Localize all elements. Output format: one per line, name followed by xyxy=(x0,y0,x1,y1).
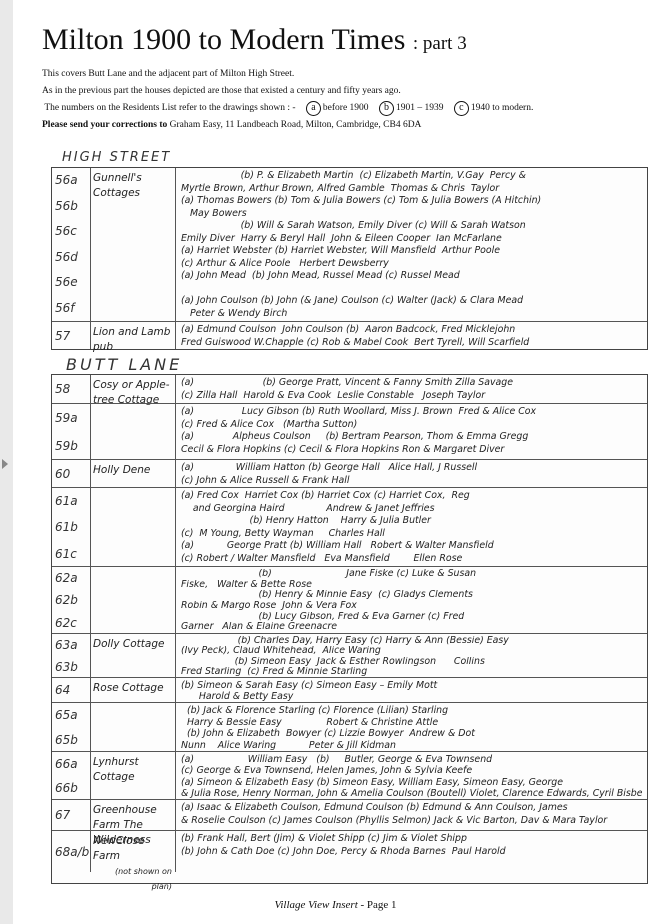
resident-line: (b) Simeon Easy Jack & Esther Rowlingson… xyxy=(181,657,642,667)
resident-line: Harold & Betty Easy xyxy=(181,691,642,702)
house-number: 56d xyxy=(52,245,90,271)
resident-line: (Ivy Peck), Claud Whitehead, Alice Warin… xyxy=(181,646,642,656)
house-number: 61c xyxy=(52,541,90,567)
resident-line: Emily Diver Harry & Beryl Hall John & Ei… xyxy=(181,233,642,246)
residents-row: 65a65b (b) Jack & Florence Starling (c) … xyxy=(52,702,647,751)
resident-line: & Roselie Coulson (c) James Coulson (Phy… xyxy=(181,815,642,828)
viewer-side-strip xyxy=(0,0,13,924)
house-name-cell: Greenhouse Farm The Wilderness xyxy=(90,800,176,830)
resident-line: (c) John & Alice Russell & Frank Hall xyxy=(181,475,642,488)
high-street-heading: HIGH STREET xyxy=(62,150,171,165)
resident-line: (a) Lucy Gibson (b) Ruth Woollard, Miss … xyxy=(181,406,642,419)
residents-row: 64Rose Cottage(b) Simeon & Sarah Easy (c… xyxy=(52,677,647,702)
house-name-cell: Holly Dene xyxy=(90,460,176,487)
residents-cell: (a) Edmund Coulson John Coulson (b) Aaro… xyxy=(176,322,647,349)
residents-row: 68a/bNewClose Farm(not shown on plan)(b)… xyxy=(52,830,647,872)
footer-title: Village View Insert xyxy=(274,899,357,911)
residents-cell: (a) Fred Cox Harriet Cox (b) Harriet Cox… xyxy=(176,488,647,566)
residents-cell: (b) Charles Day, Harry Easy (c) Harry & … xyxy=(176,634,647,677)
residents-cell: (b) P. & Elizabeth Martin (c) Elizabeth … xyxy=(176,168,647,321)
house-number: 56c xyxy=(52,219,90,245)
resident-line: Peter & Wendy Birch xyxy=(181,308,642,321)
resident-line: (c) Zilla Hall Harold & Eva Cook Leslie … xyxy=(181,390,642,403)
house-number: 61b xyxy=(52,514,90,540)
resident-line: (a) Edmund Coulson John Coulson (b) Aaro… xyxy=(181,324,642,337)
house-name-cell: Lion and Lamb pub xyxy=(90,322,176,349)
residents-row: 60Holly Dene(a) William Hatton (b) Georg… xyxy=(52,459,647,487)
house-number: 59a xyxy=(52,404,90,432)
residents-cell: (a) (b) George Pratt, Vincent & Fanny Sm… xyxy=(176,375,647,403)
house-number-cell: 57 xyxy=(52,322,91,349)
resident-line: (c) Arthur & Alice Poole Herbert Dewsber… xyxy=(181,258,642,271)
house-number: 58 xyxy=(52,375,90,403)
resident-line: and Georgina Haird Andrew & Janet Jeffri… xyxy=(181,503,642,516)
resident-line: Robin & Margo Rose John & Vera Fox xyxy=(181,601,642,612)
legend-mark-c: c xyxy=(454,101,469,116)
resident-line: May Bowers xyxy=(181,208,642,221)
resident-line: Myrtle Brown, Arthur Brown, Alfred Gambl… xyxy=(181,183,642,196)
residents-cell: (a) Isaac & Elizabeth Coulson, Edmund Co… xyxy=(176,800,647,830)
resident-line: (b) Jane Fiske (c) Luke & Susan xyxy=(181,569,642,580)
legend-mark-a: a xyxy=(306,101,321,116)
resident-line: (b) Will & Sarah Watson, Emily Diver (c)… xyxy=(181,220,642,233)
resident-line: Harry & Bessie Easy Robert & Christine A… xyxy=(181,717,642,729)
resident-line: (a) Alpheus Coulson (b) Bertram Pearson,… xyxy=(181,431,642,444)
residents-cell: (a) William Hatton (b) George Hall Alice… xyxy=(176,460,647,487)
residents-cell: (a) Lucy Gibson (b) Ruth Woollard, Miss … xyxy=(176,404,647,459)
legend-prefix: The numbers on the Residents List refer … xyxy=(44,103,295,113)
residents-row: 66a66bLynhurst Cottage(a) William Easy (… xyxy=(52,751,647,799)
butt-lane-table: 58Cosy or Apple-tree Cottage(a) (b) Geor… xyxy=(51,374,648,884)
resident-line: (a) William Hatton (b) George Hall Alice… xyxy=(181,462,642,475)
house-number-cell: 64 xyxy=(52,678,91,702)
resident-line: (a) (b) George Pratt, Vincent & Fanny Sm… xyxy=(181,377,642,390)
house-number-cell: 56a56b56c56d56e56f xyxy=(52,168,91,321)
house-number-cell: 66a66b xyxy=(52,752,91,799)
residents-row: 57Lion and Lamb pub(a) Edmund Coulson Jo… xyxy=(52,321,647,349)
resident-line: (a) Harriet Webster (b) Harriet Webster,… xyxy=(181,245,642,258)
corrections-address: Graham Easy, 11 Landbeach Road, Milton, … xyxy=(170,120,422,130)
resident-line: Nunn Alice Waring Peter & Jill Kidman xyxy=(181,740,642,752)
title-part: : part 3 xyxy=(413,33,467,54)
house-number: 60 xyxy=(52,460,90,488)
house-number: 63b xyxy=(52,656,90,678)
house-name-cell: Rose Cottage xyxy=(90,678,176,702)
resident-line: (b) Henry Hatton Harry & Julia Butler xyxy=(181,515,642,528)
resident-line: (b) John & Cath Doe (c) John Doe, Percy … xyxy=(181,846,642,859)
title-main: Milton 1900 to Modern Times xyxy=(42,23,405,56)
resident-line: (c) M Young, Betty Wayman Charles Hall xyxy=(181,528,642,541)
house-number-cell: 62a62b62c xyxy=(52,567,91,633)
footer-page: - Page 1 xyxy=(358,899,397,911)
resident-line: (a) Thomas Bowers (b) Tom & Julia Bowers… xyxy=(181,195,642,208)
house-name-cell xyxy=(90,404,176,459)
house-number: 56f xyxy=(52,296,90,322)
resident-line: (a) William Easy (b) Butler, George & Ev… xyxy=(181,754,642,765)
house-name-cell: Lynhurst Cottage xyxy=(90,752,176,799)
intro-line-1: This covers Butt Lane and the adjacent p… xyxy=(42,66,533,83)
resident-line: (b) Lucy Gibson, Fred & Eva Garner (c) F… xyxy=(181,612,642,623)
page-title: Milton 1900 to Modern Times : part 3 xyxy=(42,22,467,62)
residents-cell: (b) Simeon & Sarah Easy (c) Simeon Easy … xyxy=(176,678,647,702)
house-number: 56b xyxy=(52,194,90,220)
legend-label-c: 1940 to modern. xyxy=(471,103,534,113)
residents-row: 63a63bDolly Cottage (b) Charles Day, Har… xyxy=(52,633,647,677)
resident-line: (a) Simeon & Elizabeth Easy (b) Simeon E… xyxy=(181,777,642,788)
house-number: 61a xyxy=(52,488,90,514)
expand-arrow-icon[interactable] xyxy=(2,459,8,469)
house-number: 64 xyxy=(52,678,90,703)
house-number: 68a/b xyxy=(52,831,90,873)
resident-line: (c) George & Eva Townsend, Helen James, … xyxy=(181,765,642,776)
resident-line: (b) Henry & Minnie Easy (c) Gladys Cleme… xyxy=(181,590,642,601)
corrections-line: Please send your corrections to Graham E… xyxy=(42,117,533,134)
residents-row: 67Greenhouse Farm The Wilderness(a) Isaa… xyxy=(52,799,647,830)
resident-line: (b) P. & Elizabeth Martin (c) Elizabeth … xyxy=(181,170,642,183)
intro-line-2: As in the previous part the houses depic… xyxy=(42,83,533,100)
resident-line: & Julia Rose, Henry Norman, John & Ameli… xyxy=(181,788,642,799)
house-name-cell: Gunnell's Cottages xyxy=(90,168,176,321)
resident-line: Fred Starling (c) Fred & Minnie Starling xyxy=(181,667,642,677)
house-name-cell xyxy=(90,488,176,566)
resident-line: (a) John Coulson (b) John (& Jane) Couls… xyxy=(181,295,642,308)
house-number: 62a xyxy=(52,567,90,589)
legend-label-b: 1901 – 1939 xyxy=(396,103,444,113)
residents-cell: (a) William Easy (b) Butler, George & Ev… xyxy=(176,752,647,799)
resident-line: (b) Charles Day, Harry Easy (c) Harry & … xyxy=(181,636,642,646)
house-name-cell: Dolly Cottage xyxy=(90,634,176,677)
corrections-label: Please send your corrections to xyxy=(42,120,167,130)
house-number: 62b xyxy=(52,589,90,611)
legend-mark-b: b xyxy=(379,101,394,116)
house-name-note: (not shown on plan) xyxy=(93,864,172,894)
house-number: 56e xyxy=(52,270,90,296)
house-number: 56a xyxy=(52,168,90,194)
legend-label-a: before 1900 xyxy=(323,103,369,113)
resident-line: (a) John Mead (b) John Mead, Russel Mead… xyxy=(181,270,642,283)
resident-line: (b) Jack & Florence Starling (c) Florenc… xyxy=(181,705,642,717)
resident-line xyxy=(181,283,642,296)
resident-line: (c) Robert / Walter Mansfield Eva Mansfi… xyxy=(181,553,642,566)
house-number: 62c xyxy=(52,612,90,634)
house-number-cell: 68a/b xyxy=(52,831,91,872)
resident-line: (b) Simeon & Sarah Easy (c) Simeon Easy … xyxy=(181,680,642,691)
house-number: 66a xyxy=(52,752,90,776)
resident-line: Fiske, Walter & Bette Rose xyxy=(181,580,642,591)
resident-line: Fred Guiswood W.Chapple (c) Rob & Mabel … xyxy=(181,337,642,350)
house-number: 59b xyxy=(52,432,90,460)
resident-line: (c) Fred & Alice Cox (Martha Sutton) xyxy=(181,419,642,432)
house-number: 66b xyxy=(52,776,90,800)
house-number: 67 xyxy=(52,800,90,831)
residents-row: 62a62b62c (b) Jane Fiske (c) Luke & Susa… xyxy=(52,566,647,633)
resident-line: Garner Alan & Elaine Greenacre xyxy=(181,622,642,633)
resident-line: (a) Isaac & Elizabeth Coulson, Edmund Co… xyxy=(181,802,642,815)
resident-line: Cecil & Flora Hopkins (c) Cecil & Flora … xyxy=(181,444,642,457)
house-name-cell: NewClose Farm(not shown on plan) xyxy=(90,831,176,872)
house-number-cell: 61a61b61c xyxy=(52,488,91,566)
house-name-cell xyxy=(90,567,176,633)
residents-cell: (b) Frank Hall, Bert (Jim) & Violet Ship… xyxy=(176,831,647,872)
house-number: 65b xyxy=(52,728,90,753)
house-number-cell: 67 xyxy=(52,800,91,830)
house-number: 63a xyxy=(52,634,90,656)
residents-row: 58Cosy or Apple-tree Cottage(a) (b) Geor… xyxy=(52,375,647,403)
residents-row: 61a61b61c(a) Fred Cox Harriet Cox (b) Ha… xyxy=(52,487,647,566)
page-footer: Village View Insert - Page 1 xyxy=(0,899,671,911)
house-number-cell: 60 xyxy=(52,460,91,487)
intro-block: This covers Butt Lane and the adjacent p… xyxy=(42,66,533,134)
house-name-cell: Cosy or Apple-tree Cottage xyxy=(90,375,176,403)
house-number-cell: 59a59b xyxy=(52,404,91,459)
house-number-cell: 58 xyxy=(52,375,91,403)
resident-line: (a) George Pratt (b) William Hall Robert… xyxy=(181,540,642,553)
house-number-cell: 63a63b xyxy=(52,634,91,677)
butt-lane-heading: BUTT LANE xyxy=(66,355,182,374)
high-street-table: 56a56b56c56d56e56fGunnell's Cottages (b)… xyxy=(51,167,648,350)
residents-cell: (b) Jack & Florence Starling (c) Florenc… xyxy=(176,703,647,751)
residents-row: 59a59b(a) Lucy Gibson (b) Ruth Woollard,… xyxy=(52,403,647,459)
house-number: 57 xyxy=(52,322,90,350)
residents-cell: (b) Jane Fiske (c) Luke & SusanFiske, Wa… xyxy=(176,567,647,633)
house-number-cell: 65a65b xyxy=(52,703,91,751)
intro-line-3: The numbers on the Residents List refer … xyxy=(42,100,533,117)
resident-line: (b) Frank Hall, Bert (Jim) & Violet Ship… xyxy=(181,833,642,846)
house-name-cell xyxy=(90,703,176,751)
house-number: 65a xyxy=(52,703,90,728)
resident-line: (b) John & Elizabeth Bowyer (c) Lizzie B… xyxy=(181,728,642,740)
resident-line: (a) Fred Cox Harriet Cox (b) Harriet Cox… xyxy=(181,490,642,503)
residents-row: 56a56b56c56d56e56fGunnell's Cottages (b)… xyxy=(52,168,647,321)
